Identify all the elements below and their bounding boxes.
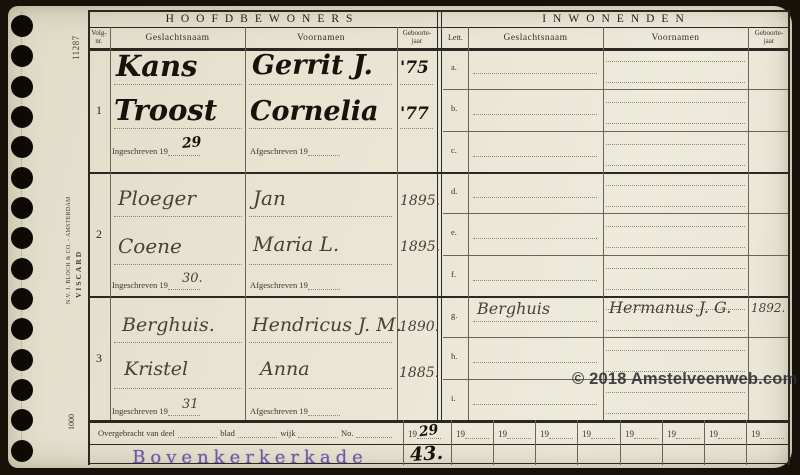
binding-hole	[11, 136, 33, 158]
register-card-scan: 11287 VISCARD N.V. J. BLOCH & CO. - AMST…	[0, 0, 800, 475]
binding-hole	[11, 167, 33, 189]
surname-handwriting: Troost	[114, 96, 217, 125]
binding-hole	[11, 227, 33, 249]
lodger-row-a: a.	[443, 48, 790, 89]
year-cell-4: 19	[535, 422, 577, 446]
firstnames-handwriting: Gerrit J.	[252, 52, 373, 79]
year-cell-5: 19	[577, 422, 620, 446]
surname-handwriting: Kans	[116, 52, 197, 81]
binding-hole	[11, 76, 33, 98]
col-header-firstnames-right: Voornamen	[603, 27, 748, 48]
col-header-surname-left: Geslachtsnaam	[110, 27, 245, 48]
firstnames-handwriting: Hendricus J. M.	[252, 316, 402, 335]
birthyear-handwriting: 1895.	[400, 240, 440, 254]
deregistered-label: Afgeschreven 19	[250, 280, 340, 290]
entry-number: 2	[88, 172, 110, 296]
deregistered-label: Afgeschreven 19	[250, 406, 340, 416]
entry-number: 3	[88, 296, 110, 420]
binding-hole	[11, 106, 33, 128]
binding-hole	[11, 440, 33, 462]
firstnames-handwriting: Jan	[253, 188, 286, 208]
col-header-firstnames-left: Voornamen	[245, 27, 397, 48]
card-print-run: 1000	[67, 396, 76, 430]
binding-hole	[11, 288, 33, 310]
surname-handwriting: Ploeger	[118, 188, 196, 208]
firstnames-handwriting: Maria L.	[253, 234, 339, 254]
section-title-inwonenden: INWONENDEN	[443, 12, 790, 27]
lodger-row-e: e.	[443, 213, 790, 254]
binding-hole	[11, 197, 33, 219]
year-handwriting: 29	[418, 423, 439, 440]
copyright-watermark: © 2018 Amstelveenweb.com	[572, 370, 797, 389]
lodger-row-f: f.	[443, 255, 790, 296]
binding-hole	[11, 409, 33, 431]
year-cell-8: 19	[704, 422, 746, 446]
hoofdbewoner-entry-1: 1 Kans Gerrit J. '75 Troost Cornelia '77…	[88, 48, 437, 172]
hoofdbewoner-entry-3: 3 Berghuis. Hendricus J. M. 1890. Kriste…	[88, 296, 437, 420]
hoofdbewoner-entry-2: 2 Ploeger Jan 1895. Coene Maria L. 1895.…	[88, 172, 437, 296]
birthyear-handwriting: 1895.	[400, 194, 440, 208]
birthyear-handwriting: 1890.	[399, 320, 439, 334]
year-cell-6: 19	[620, 422, 662, 446]
surname-handwriting: Kristel	[124, 360, 188, 379]
lodger-firstnames-handwriting: Hermanus J. G.	[609, 300, 731, 316]
col-header-birthyear-right: Geboorte-jaar	[748, 27, 790, 48]
register-table: HOOFDBEWONERS INWONENDEN Volg-nr. Geslac…	[88, 10, 790, 465]
street-name-stamp: Bovenkerkerkade	[100, 447, 400, 468]
card-serial-number: 11287	[71, 14, 81, 60]
inwonenden-rows: a. b. c. d.	[443, 48, 790, 420]
lodger-row-g: g. Berghuis Hermanus J. G. 1892.	[443, 296, 790, 337]
house-number-handwriting: 43.	[409, 444, 443, 465]
card-brand: VISCARD	[74, 180, 83, 298]
birthyear-handwriting: 1885.	[399, 366, 439, 380]
card-printer: N.V. J. BLOCH & CO. - AMSTERDAM	[66, 170, 72, 304]
firstnames-handwriting: Anna	[260, 360, 310, 379]
firstnames-handwriting: Cornelia	[250, 98, 379, 125]
surname-handwriting: Coene	[118, 236, 182, 256]
col-header-surname-right: Geslachtsnaam	[468, 27, 603, 48]
registered-year-handwriting: 30.	[182, 272, 203, 285]
registered-year-handwriting: 29	[181, 135, 202, 151]
registered-year-handwriting: 31	[182, 398, 199, 411]
year-cell-2: 19	[451, 422, 493, 446]
binding-hole	[11, 258, 33, 280]
col-header-lett: Lett.	[443, 27, 468, 48]
binding-hole	[11, 379, 33, 401]
surname-handwriting: Berghuis.	[122, 316, 215, 335]
year-cell-9: 19	[746, 422, 788, 446]
deregistered-label: Afgeschreven 19	[250, 146, 340, 156]
lodger-row-d: d.	[443, 172, 790, 213]
birthyear-handwriting: '75	[400, 60, 429, 77]
entry-number: 1	[88, 48, 110, 172]
binding-hole	[11, 45, 33, 67]
transfer-note: Overgebracht van deel blad wijk No.	[92, 422, 401, 444]
section-title-hoofdbewoners: HOOFDBEWONERS	[88, 12, 437, 27]
lodger-birthyear-handwriting: 1892.	[751, 302, 785, 314]
lodger-surname-handwriting: Berghuis	[477, 301, 550, 317]
binding-hole	[11, 15, 33, 37]
col-header-birthyear-left: Geboorte-jaar	[397, 27, 437, 48]
lodger-row-c: c.	[443, 131, 790, 172]
col-header-volgnr: Volg-nr.	[88, 27, 110, 48]
center-divider	[437, 10, 438, 420]
year-cell-3: 19	[493, 422, 535, 446]
binding-hole	[11, 318, 33, 340]
lodger-row-b: b.	[443, 89, 790, 130]
year-cell-7: 19	[662, 422, 704, 446]
binding-hole	[11, 349, 33, 371]
birthyear-handwriting: '77	[400, 106, 429, 123]
